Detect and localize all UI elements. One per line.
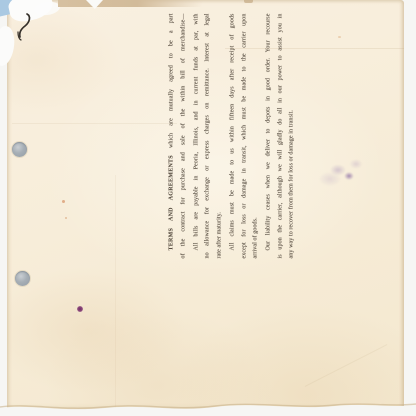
top-tan-edge	[58, 0, 203, 7]
text-line: rate after maturity.	[214, 14, 226, 259]
terms-paragraph: All claims must be made to us within fif…	[227, 14, 262, 259]
text-line: no allowance for exchange or express cha…	[203, 14, 215, 259]
crease-line	[12, 123, 177, 124]
text-line: except for loss or damage in transit, wh…	[239, 14, 251, 259]
text-line: arrival of goods.	[251, 14, 263, 259]
terms-block: TERMS AND AGREEMENTS which are mutually …	[167, 14, 301, 259]
text-line: Our liability ceases when we deliver to …	[264, 14, 276, 259]
age-speck	[338, 36, 341, 38]
terms-paragraph: TERMS AND AGREEMENTS which are mutually …	[167, 14, 190, 259]
text-line: TERMS AND AGREEMENTS which are mutually …	[167, 14, 179, 259]
age-speck	[65, 217, 67, 219]
text-line-rest: which are mutually agreed to be a part	[169, 14, 175, 156]
crease-line	[115, 175, 116, 411]
ink-smudge	[316, 152, 366, 188]
text-line: of the contract for purchase and sale of…	[178, 14, 190, 259]
ink-dot	[77, 306, 83, 312]
punch-hole-bottom	[15, 271, 30, 286]
scan-bed: TERMS AND AGREEMENTS which are mutually …	[0, 0, 416, 416]
age-speck	[62, 200, 65, 203]
terms-heading: TERMS AND AGREEMENTS	[169, 155, 175, 250]
terms-paragraph: Our liability ceases when we deliver to …	[264, 14, 299, 259]
text-line: All claims must be made to us within fif…	[227, 14, 239, 259]
terms-paragraph: All bills are payable in Peoria, Illinoi…	[191, 14, 226, 259]
top-edge-nick	[244, 0, 253, 3]
text-line: All bills are payable in Peoria, Illinoi…	[191, 14, 203, 259]
staple-mark	[10, 6, 44, 46]
text-line: is upon the carrier, although we will gl…	[275, 14, 287, 259]
punch-hole-top	[12, 142, 27, 157]
torn-bottom-edge	[0, 400, 416, 416]
text-line: any way to recover from them for loss or…	[287, 14, 299, 259]
